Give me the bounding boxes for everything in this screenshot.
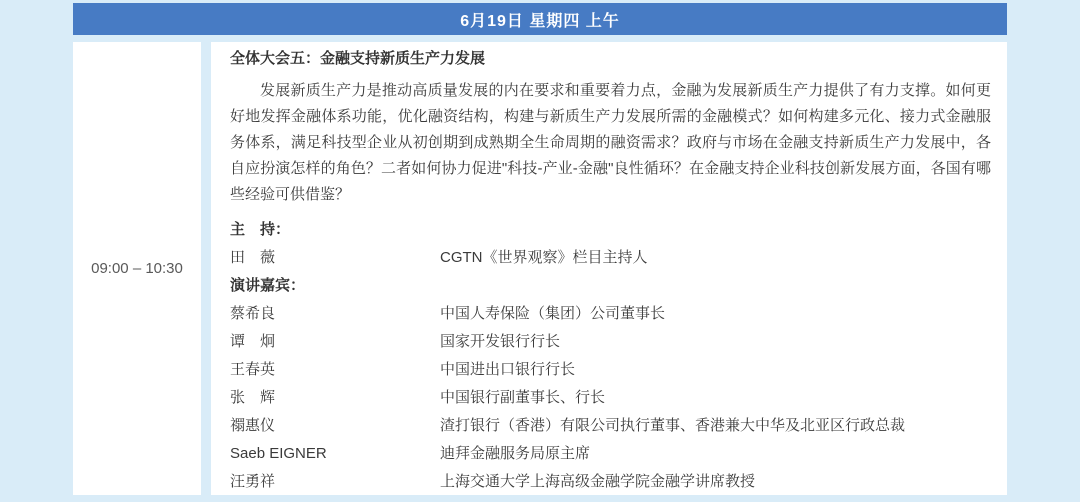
speaker-row: 王春英 中国进出口银行行长 [230,356,991,384]
speaker-row: 张 辉 中国银行副董事长、行长 [230,384,991,412]
cell-divider [201,42,211,495]
session-content-cell: 全体大会五：金融支持新质生产力发展 发展新质生产力是推动高质量发展的内在要求和重… [211,42,1007,495]
moderator-heading: 主 持： [230,216,991,244]
session-title: 全体大会五：金融支持新质生产力发展 [230,48,991,70]
speaker-row: 禤惠仪 渣打银行（香港）有限公司执行董事、香港兼大中华及北亚区行政总裁 [230,412,991,440]
day-header-bar: 6月19日 星期四 上午 [73,3,1007,35]
session-time-cell: 09:00 – 10:30 [73,42,201,495]
person-role: 国家开发银行行长 [440,328,991,356]
person-role: 中国人寿保险（集团）公司董事长 [440,300,991,328]
person-name: Saeb EIGNER [230,440,440,468]
person-role: 上海交通大学上海高级金融学院金融学讲席教授 [440,468,991,495]
session-time: 09:00 – 10:30 [91,260,183,277]
person-role: 渣打银行（香港）有限公司执行董事、香港兼大中华及北亚区行政总裁 [440,412,991,440]
person-name: 田 薇 [230,244,440,272]
session-description: 发展新质生产力是推动高质量发展的内在要求和重要着力点，金融为发展新质生产力提供了… [230,78,991,208]
moderator-row: 田 薇 CGTN《世界观察》栏目主持人 [230,244,991,272]
person-name: 汪勇祥 [230,468,440,495]
person-role: CGTN《世界观察》栏目主持人 [440,244,991,272]
speaker-row: 汪勇祥 上海交通大学上海高级金融学院金融学讲席教授 [230,468,991,495]
agenda-page: 6月19日 星期四 上午 09:00 – 10:30 全体大会五：金融支持新质生… [73,3,1007,499]
person-name: 蔡希良 [230,300,440,328]
person-name: 谭 炯 [230,328,440,356]
person-name: 禤惠仪 [230,412,440,440]
person-role: 中国银行副董事长、行长 [440,384,991,412]
speakers-heading: 演讲嘉宾： [230,272,991,300]
speaker-row: Saeb EIGNER 迪拜金融服务局原主席 [230,440,991,468]
speaker-row: 蔡希良 中国人寿保险（集团）公司董事长 [230,300,991,328]
person-name: 王春英 [230,356,440,384]
speaker-row: 谭 炯 国家开发银行行长 [230,328,991,356]
person-role: 中国进出口银行行长 [440,356,991,384]
person-role: 迪拜金融服务局原主席 [440,440,991,468]
day-header-label: 6月19日 星期四 上午 [460,8,620,31]
person-name: 张 辉 [230,384,440,412]
session-row: 09:00 – 10:30 全体大会五：金融支持新质生产力发展 发展新质生产力是… [73,42,1007,495]
